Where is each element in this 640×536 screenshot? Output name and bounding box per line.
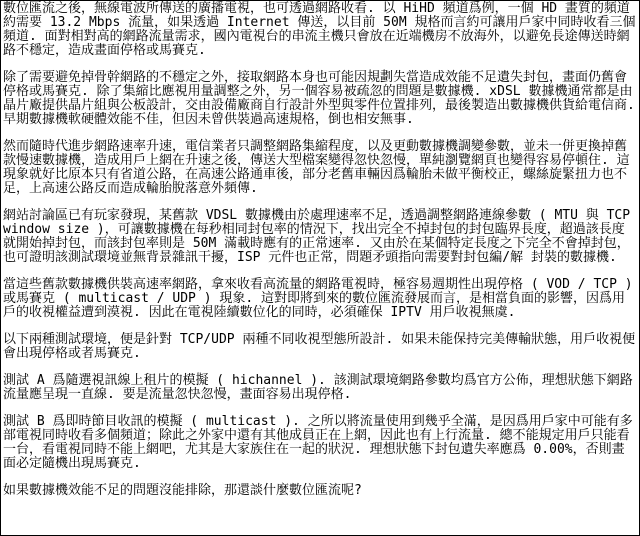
paragraph-vod-multicast-impact: 當這些舊款數據機供裝高速率網路，拿來收看高流量的網路電視時，極容易週期性出現停格… [3, 278, 637, 320]
paragraph-vdsl-mtu-tcp-window: 網站討論區已有玩家發現，某舊款 VDSL 數據機由於處理速率不足，透過調整網路連… [3, 209, 637, 265]
document-page: 數位匯流之後，無線電波所傳送的廣播電視，也可透過網路收看. 以 HiHD 頻道爲… [0, 0, 640, 536]
paragraph-closing-question: 如果數據機效能不足的問題沒能排除，那還談什麼數位匯流呢? [3, 484, 637, 498]
paragraph-digital-convergence-intro: 數位匯流之後，無線電波所傳送的廣播電視，也可透過網路收看. 以 HiHD 頻道爲… [3, 2, 637, 58]
paragraph-test-a-hichannel: 測試 A 爲隨選視訊線上租片的模擬 ( hichannel ). 該測試環境網路… [3, 374, 637, 402]
paragraph-access-network-modem: 除了需要避免掉骨幹網路的不穩定之外，接取網路本身也可能因規劃失當造成效能不足遺失… [3, 71, 637, 127]
paragraph-test-b-multicast: 測試 B 爲即時節目收訊的模擬 ( multicast ). 之所以將流量使用到… [3, 415, 637, 471]
paragraph-speed-upgrade-old-modem: 然而隨時代進步網路速率升速，電信業者只調整網路集縮程度，以及更動數據機調變參數，… [3, 140, 637, 196]
paragraph-two-test-environments: 以下兩種測試環境，便是針對 TCP/UDP 兩種不同收視型態所設計. 如果未能保… [3, 333, 637, 361]
